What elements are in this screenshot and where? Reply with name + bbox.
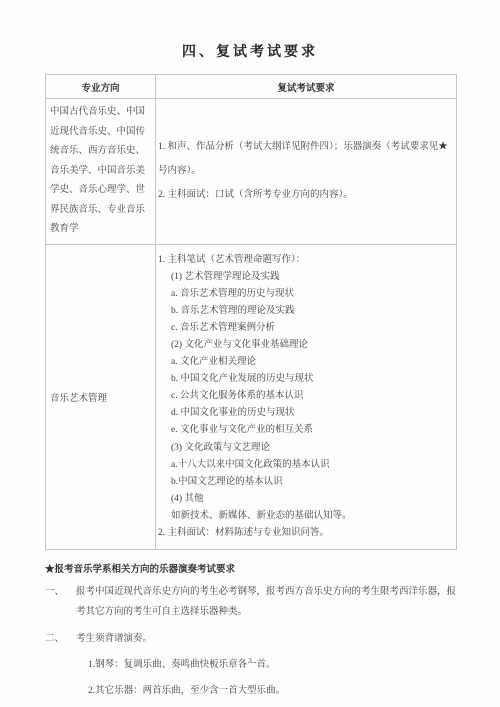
note-items: 一、 报考中国近现代音乐史方向的考生必考钢琴，报考西方音乐史方向的考生限考西洋乐… <box>45 582 460 649</box>
document-page: 四、复试考试要求 专业方向 复试考试要求 中国古代音乐史、中国近现代音乐史、中国… <box>0 0 500 707</box>
requirements-cell: 1. 和声、作品分析（考试大纲详见附件四）；乐器演奏（考试要求见★号内容）。 2… <box>156 99 456 244</box>
requirement-line: d. 中国文化事业的历史与现状 <box>156 405 452 422</box>
requirement-line: c. 音乐艺术管理案例分析 <box>156 320 452 337</box>
requirement-line: 1. 主科笔试（艺术管理命题写作）： <box>156 252 452 269</box>
requirement-line: a. 音乐艺术管理的历史与现状 <box>156 286 452 303</box>
requirements-table: 专业方向 复试考试要求 中国古代音乐史、中国近现代音乐史、中国传统音乐、西方音乐… <box>45 74 457 550</box>
requirement-line: (2) 文化产业与文化事业基础理论 <box>156 337 452 354</box>
requirement-line: a.十八大以来中国文化政策的基本认识 <box>156 457 452 474</box>
requirement-line: e. 文化事业与文化产业的相互关系 <box>156 422 452 439</box>
requirement-line: b. 中国文化产业发展的历史与现状 <box>156 371 452 388</box>
requirement-line: b.中国文艺理论的基本认识 <box>156 474 452 491</box>
requirement-line: 如新技术、新媒体、新业态的基础认知等。 <box>156 508 452 525</box>
note-item-text: 考生须背谱演奏。 <box>76 629 460 649</box>
requirement-line: c. 公共文化服务体系的基本认识 <box>156 388 452 405</box>
table-row-art-management: 音乐艺术管理 1. 主科笔试（艺术管理命题写作）： (1) 艺术管理学理论及实践… <box>46 244 456 550</box>
requirement-line: a. 文化产业相关理论 <box>156 354 452 371</box>
requirement-line: 2. 主科面试：口试（含所考专业方向的内容）。 <box>156 183 456 207</box>
page-number: 3 <box>0 656 500 665</box>
note-item: 二、 考生须背谱演奏。 <box>45 629 460 649</box>
requirement-line: (4) 其他 <box>156 491 452 508</box>
sub-note-item: 2.其它乐器：两首乐曲，至少含一首大型乐曲。 <box>88 681 460 701</box>
note-item: 一、 报考中国近现代音乐史方向的考生必考钢琴，报考西方音乐史方向的考生限考西洋乐… <box>45 582 460 622</box>
requirement-line: 1. 和声、作品分析（考试大纲详见附件四）；乐器演奏（考试要求见★号内容）。 <box>156 135 456 183</box>
note-item-marker: 一、 <box>45 582 76 622</box>
note-star-heading: ★报考音乐学系相关方向的乐器演奏考试要求 <box>45 561 460 575</box>
requirements-cell: 1. 主科笔试（艺术管理命题写作）： (1) 艺术管理学理论及实践 a. 音乐艺… <box>156 245 456 550</box>
direction-cell: 中国古代音乐史、中国近现代音乐史、中国传统音乐、西方音乐史、音乐美学、中国音乐美… <box>46 99 156 244</box>
requirement-line: b. 音乐艺术管理的理论及实践 <box>156 303 452 320</box>
notes-section: ★报考音乐学系相关方向的乐器演奏考试要求 一、 报考中国近现代音乐史方向的考生必… <box>45 561 460 701</box>
note-item-marker: 二、 <box>45 629 76 649</box>
table-header-direction: 专业方向 <box>46 75 156 98</box>
table-row-musicology: 中国古代音乐史、中国近现代音乐史、中国传统音乐、西方音乐史、音乐美学、中国音乐美… <box>46 98 456 244</box>
requirement-line: 2. 主科面试：材料陈述与专业知识问答。 <box>156 525 452 542</box>
requirement-line: (3) 文化政策与文艺理论 <box>156 440 452 457</box>
table-header-row: 专业方向 复试考试要求 <box>46 75 456 98</box>
table-header-requirements: 复试考试要求 <box>156 75 456 98</box>
direction-cell: 音乐艺术管理 <box>46 245 156 550</box>
note-item-text: 报考中国近现代音乐史方向的考生必考钢琴，报考西方音乐史方向的考生限考西洋乐器，报… <box>76 582 460 622</box>
page-title: 四、复试考试要求 <box>0 0 500 61</box>
requirement-line: (1) 艺术管理学理论及实践 <box>156 269 452 286</box>
